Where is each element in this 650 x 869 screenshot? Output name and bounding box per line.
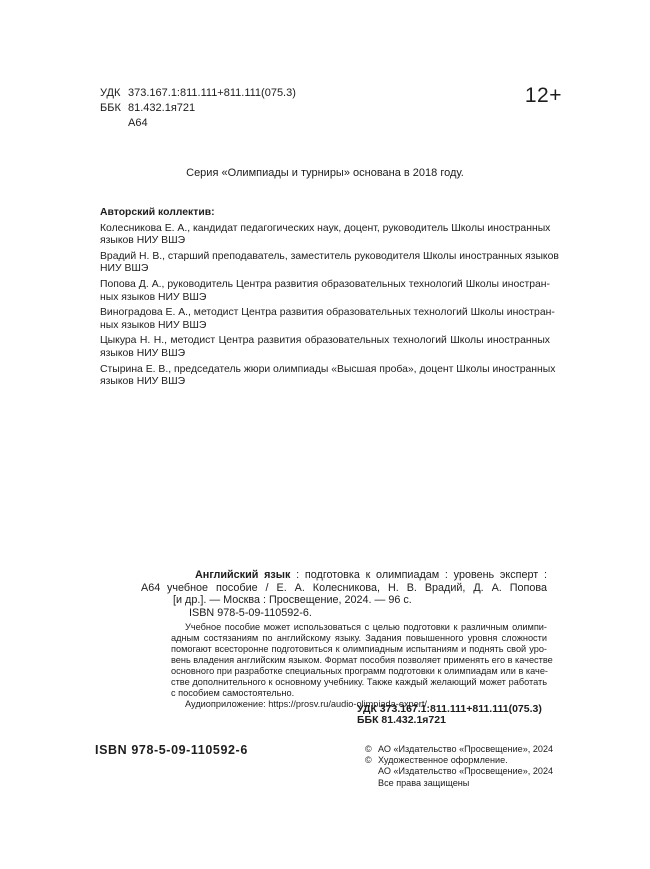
author-line: Врадий Н. В., старший преподаватель, зам… <box>100 251 550 264</box>
annotation-line: адным состязаниям по английскому языку. … <box>171 633 547 644</box>
udk-row: УДК 373.167.1:811.111+811.111(075.3) <box>100 86 296 101</box>
copyright-line: © Художественное оформление. <box>365 755 553 766</box>
copyright-text: Все права защищены <box>378 778 469 789</box>
card-line: учебное пособие / Е. А. Колесникова, Н. … <box>167 582 547 595</box>
copyright-block: © АО «Издательство «Просвещение», 2024 ©… <box>365 744 553 789</box>
copyright-icon-spacer <box>365 778 378 789</box>
author-entry: Врадий Н. В., старший преподаватель, зам… <box>100 251 550 276</box>
authors-block: Авторский коллектив: Колесникова Е. А., … <box>100 207 550 392</box>
author-line: языков НИУ ВШЭ <box>100 376 550 389</box>
series-note: Серия «Олимпиады и турниры» основана в 2… <box>0 167 650 180</box>
annotation-line: с пособием самостоятельно. <box>171 688 547 699</box>
copyright-line: Все права защищены <box>365 778 553 789</box>
annotation-block: Учебное пособие может использоваться с ц… <box>171 622 547 710</box>
author-line: языков НИУ ВШЭ <box>100 235 550 248</box>
age-rating-badge: 12+ <box>525 84 562 108</box>
authors-heading: Авторский коллектив: <box>100 207 550 220</box>
udk-label: УДК <box>100 86 128 101</box>
copyright-line: © АО «Издательство «Просвещение», 2024 <box>365 744 553 755</box>
author-line: Попова Д. А., руководитель Центра развит… <box>100 279 550 292</box>
author-line: Стырина Е. В., председатель жюри олимпиа… <box>100 364 550 377</box>
bbk-bottom: ББК 81.432.1я721 <box>357 715 542 726</box>
copyright-text: АО «Издательство «Просвещение», 2024 <box>378 744 553 755</box>
annotation-line: стве дополнительного к основному учебник… <box>171 677 547 688</box>
author-line: языков НИУ ВШЭ <box>100 348 550 361</box>
author-entry: Цыкура Н. Н., методист Центра развития о… <box>100 335 550 360</box>
author-line: ных языков НИУ ВШЭ <box>100 292 550 305</box>
card-title-line: Английский язык : подготовка к олимпиада… <box>167 569 547 582</box>
book-title: Английский язык <box>195 569 290 581</box>
isbn-footer: ISBN 978-5-09-110592-6 <box>95 744 248 757</box>
card-title-rest: : подготовка к олимпиадам : уровень эксп… <box>290 569 547 581</box>
card-isbn: ISBN 978-5-09-110592-6. <box>167 607 547 620</box>
copyright-icon: © <box>365 755 378 766</box>
copyright-icon: © <box>365 744 378 755</box>
author-sign-spacer <box>100 116 128 131</box>
annotation-line: Учебное пособие может использоваться с ц… <box>171 622 547 633</box>
copyright-icon-spacer <box>365 766 378 777</box>
author-sign-row: А64 <box>100 116 296 131</box>
author-line: Виноградова Е. А., методист Центра разви… <box>100 307 550 320</box>
author-entry: Виноградова Е. А., методист Центра разви… <box>100 307 550 332</box>
bbk-label: ББК <box>100 101 128 116</box>
bbk-value: 81.432.1я721 <box>128 101 195 116</box>
annotation-line: помогают всесторонне подготовиться к оли… <box>171 644 547 655</box>
author-line: ных языков НИУ ВШЭ <box>100 320 550 333</box>
author-line: Цыкура Н. Н., методист Центра развития о… <box>100 335 550 348</box>
author-sign: А64 <box>128 116 148 131</box>
author-line: НИУ ВШЭ <box>100 263 550 276</box>
copyright-text: АО «Издательство «Просвещение», 2024 <box>378 766 553 777</box>
udk-value: 373.167.1:811.111+811.111(075.3) <box>128 86 296 101</box>
copyright-line: АО «Издательство «Просвещение», 2024 <box>365 766 553 777</box>
bottom-classification-codes: УДК 373.167.1:811.111+811.111(075.3) ББК… <box>357 704 542 726</box>
top-classification-codes: УДК 373.167.1:811.111+811.111(075.3) ББК… <box>100 86 296 131</box>
card-line: [и др.]. — Москва : Просвещение, 2024. —… <box>167 594 547 607</box>
author-entry: Попова Д. А., руководитель Центра развит… <box>100 279 550 304</box>
copyright-text: Художественное оформление. <box>378 755 508 766</box>
book-imprint-page: УДК 373.167.1:811.111+811.111(075.3) ББК… <box>0 0 650 869</box>
annotation-line: вень владения английским языком. Формат … <box>171 655 547 666</box>
author-entry: Стырина Е. В., председатель жюри олимпиа… <box>100 364 550 389</box>
annotation-line: основного при разработке специальных про… <box>171 666 547 677</box>
bbk-row: ББК 81.432.1я721 <box>100 101 296 116</box>
author-sign-card: А64 <box>141 582 160 595</box>
author-entry: Колесникова Е. А., кандидат педагогическ… <box>100 223 550 248</box>
author-line: Колесникова Е. А., кандидат педагогическ… <box>100 223 550 236</box>
catalog-card: А64 Английский язык : подготовка к олимп… <box>167 569 547 619</box>
